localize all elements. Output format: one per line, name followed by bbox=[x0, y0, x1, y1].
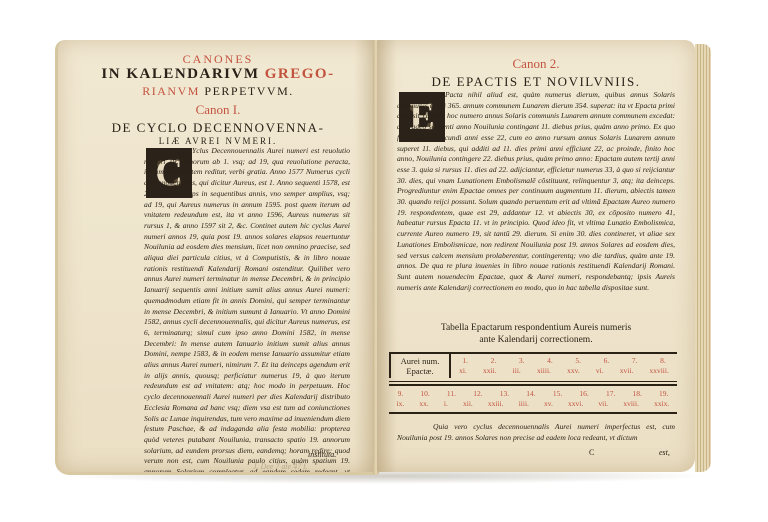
epact-cell: xxv. bbox=[567, 366, 580, 376]
heading-kalendarium: IN KALENDARIVM GREGO- bbox=[58, 66, 378, 83]
gn-cell: 17. bbox=[606, 389, 615, 399]
block-1-golden-numbers: 1. 2. 3. 4. 5. 6. 7. 8. bbox=[451, 356, 677, 366]
page-edges bbox=[695, 44, 711, 472]
epact-cell: xiiii. bbox=[537, 366, 551, 376]
gn-cell: 5. bbox=[575, 356, 581, 366]
gn-cell: 7. bbox=[632, 356, 638, 366]
gn-cell: 11. bbox=[447, 389, 456, 399]
epact-cell: xxiii. bbox=[488, 399, 504, 409]
epact-cell: xxii. bbox=[483, 366, 497, 376]
label-aurei-num: Aurei num. bbox=[391, 356, 449, 366]
handwritten-note: J. Dee 7 ate 47 f. bbox=[253, 462, 307, 471]
heading-canones: CANONES bbox=[58, 52, 378, 67]
gn-cell: 6. bbox=[604, 356, 610, 366]
epact-cell: xviii. bbox=[623, 399, 639, 409]
canon-2-label: Canon 2. bbox=[377, 56, 695, 72]
gn-cell: 13. bbox=[500, 389, 509, 399]
block-1-epacts: xi. xxii. iii. xiiii. xxv. vi. xvii. xxv… bbox=[451, 366, 677, 376]
epact-cell: vi. bbox=[596, 366, 604, 376]
block-1-cells: 1. 2. 3. 4. 5. 6. 7. 8. xi. xxii. iii. x… bbox=[451, 356, 677, 376]
epact-cell: iiii. bbox=[519, 399, 529, 409]
canon-2-body: Pacta nihil aliud est, quàm numerus dier… bbox=[397, 90, 675, 320]
heading-red-part: GREGO- bbox=[265, 66, 335, 82]
table-title-2: ante Kalendarij correctionem. bbox=[377, 334, 695, 346]
canon-1-subtitle: DE CYCLO DECENNOVENNA- bbox=[58, 120, 378, 136]
epact-cell: xi. bbox=[459, 366, 467, 376]
epact-cell: xxviii. bbox=[649, 366, 668, 376]
heading-red-rianum: RIANVM bbox=[142, 84, 200, 98]
epact-cell: vii. bbox=[598, 399, 608, 409]
epact-cell: xxix. bbox=[654, 399, 669, 409]
table-divider bbox=[389, 381, 677, 382]
epact-cell: ix. bbox=[397, 399, 405, 409]
canon-1-subtitle-2: LIÆ AVREI NVMERI. bbox=[58, 136, 378, 146]
left-page: CANONES IN KALENDARIVM GREGO- RIANVM PER… bbox=[55, 40, 378, 475]
open-book: CANONES IN KALENDARIVM GREGO- RIANVM PER… bbox=[55, 40, 715, 480]
heading-black-part: IN KALENDARIVM bbox=[101, 66, 259, 82]
gn-cell: 10. bbox=[420, 389, 429, 399]
gn-cell: 4. bbox=[547, 356, 553, 366]
gn-cell: 15. bbox=[553, 389, 562, 399]
catchword: est, bbox=[659, 448, 670, 457]
heading-perpetuum: RIANVM PERPETVVM. bbox=[58, 84, 378, 99]
last-word: instituta. bbox=[308, 450, 336, 459]
epact-cell: xii. bbox=[463, 399, 473, 409]
gn-cell: 12. bbox=[473, 389, 482, 399]
gn-cell: 9. bbox=[398, 389, 404, 399]
block-2-cells: 9. 10. 11. 12. 13. 14. 15. 16. 17. 18. 1… bbox=[389, 386, 677, 412]
canon-2-subtitle: DE EPACTIS ET NOVILVNIIS. bbox=[377, 74, 695, 90]
row-labels: Aurei num. Epactæ. bbox=[389, 354, 451, 378]
canon-1-body: Yclus Decennouennalis Aurei numeri est r… bbox=[144, 146, 350, 458]
gn-cell: 2. bbox=[491, 356, 497, 366]
gn-cell: 16. bbox=[579, 389, 588, 399]
right-page: Canon 2. DE EPACTIS ET NOVILVNIIS. E Pac… bbox=[377, 40, 695, 472]
gn-cell: 1. bbox=[462, 356, 468, 366]
gn-cell: 18. bbox=[632, 389, 641, 399]
canon-1-label: Canon I. bbox=[58, 102, 378, 118]
gn-cell: 3. bbox=[519, 356, 525, 366]
block-2-golden-numbers: 9. 10. 11. 12. 13. 14. 15. 16. 17. 18. 1… bbox=[389, 389, 677, 399]
epact-cell: xx. bbox=[419, 399, 428, 409]
table-title-1: Tabella Epactarum respondentium Aureis n… bbox=[377, 322, 695, 334]
signature-mark: C bbox=[589, 448, 594, 457]
epact-table-block-1: Aurei num. Epactæ. 1. 2. 3. 4. 5. 6. 7. … bbox=[389, 354, 677, 378]
epact-table: Aurei num. Epactæ. 1. 2. 3. 4. 5. 6. 7. … bbox=[389, 352, 677, 414]
epact-cell: i. bbox=[444, 399, 448, 409]
after-table-text: Quia vero cyclus decennouennalis Aurei n… bbox=[397, 422, 675, 446]
block-2-epacts: ix. xx. i. xii. xxiii. iiii. xv. xxvi. v… bbox=[389, 399, 677, 409]
epact-cell: xxvi. bbox=[568, 399, 583, 409]
epact-cell: iii. bbox=[513, 366, 521, 376]
epact-cell: xvii. bbox=[620, 366, 634, 376]
epact-cell: xv. bbox=[544, 399, 553, 409]
label-epactae: Epactæ. bbox=[391, 366, 449, 376]
gn-cell: 8. bbox=[660, 356, 666, 366]
gn-cell: 14. bbox=[526, 389, 535, 399]
gn-cell: 19. bbox=[659, 389, 668, 399]
heading-black-perpetuum: PERPETVVM. bbox=[204, 84, 293, 98]
